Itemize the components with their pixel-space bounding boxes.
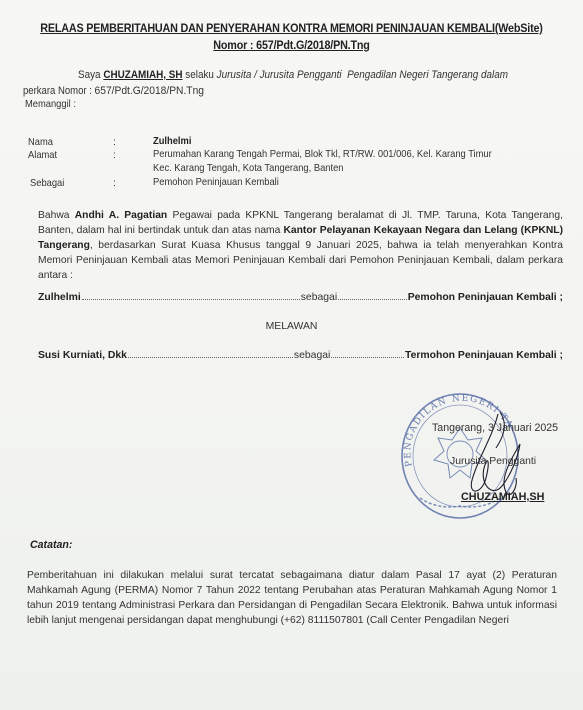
officer-name: CHUZAMIAH, SH [103, 69, 182, 81]
party-role: Termohon Peninjauan Kembali ; [405, 350, 563, 361]
note-text: Pemberitahuan ini dilakukan melalui sura… [27, 568, 557, 628]
perkara-label: perkara Nomor : [23, 85, 92, 97]
document-number: Nomor : 657/Pdt.G/2018/PN.Tng [20, 39, 562, 52]
signer-name: CHUZAMIAH,SH [461, 491, 544, 503]
intro-line: Saya CHUZAMIAH, SH selaku Jurusita / Jur… [78, 69, 508, 81]
party-row-pemohon: Zulhelmi sebagai Pemohon Peninjauan Kemb… [38, 292, 563, 303]
court-name: Pengadilan Negeri Tangerang dalam [347, 69, 508, 81]
memanggil-label: Memanggil : [25, 99, 76, 110]
label-alamat: Alamat [28, 150, 57, 161]
party-sebagai: sebagai [301, 292, 337, 303]
label-nama: Nama [28, 137, 53, 148]
intro-saya: Saya [78, 69, 101, 81]
colon-sebagai: : [113, 178, 116, 189]
body-text-3: , berdasarkan Surat Kuasa Khusus tanggal… [38, 240, 563, 281]
perkara-line: perkara Nomor : 657/Pdt.G/2018/PN.Tng [23, 85, 204, 97]
label-sebagai: Sebagai [30, 178, 64, 189]
dotted-leader [331, 357, 404, 358]
colon-nama: : [113, 137, 116, 148]
melawan-label: MELAWAN [0, 321, 583, 332]
value-alamat-2: Kec. Karang Tengah, Kota Tangerang, Bant… [153, 163, 343, 174]
value-alamat: Perumahan Karang Tengah Permai, Blok Tkl… [153, 149, 492, 160]
perkara-number: 657/Pdt.G/2018/PN.Tng [95, 85, 204, 97]
body-text-1: Bahwa [38, 210, 75, 221]
representative-name: Andhi A. Pagatian [75, 210, 167, 221]
party-sebagai: sebagai [294, 350, 330, 361]
dotted-leader [128, 357, 293, 358]
dotted-leader [82, 299, 300, 300]
dotted-leader [338, 299, 407, 300]
body-paragraph: Bahwa Andhi A. Pagatian Pegawai pada KPK… [38, 208, 563, 283]
party-name: Susi Kurniati, Dkk [38, 350, 127, 361]
value-nama: Zulhelmi [153, 136, 191, 147]
note-heading: Catatan: [30, 539, 72, 551]
value-sebagai: Pemohon Peninjauan Kembali [153, 177, 279, 188]
intro-selaku: selaku [185, 69, 214, 81]
party-role: Pemohon Peninjauan Kembali ; [408, 292, 563, 303]
document-title: RELAAS PEMBERITAHUAN DAN PENYERAHAN KONT… [20, 22, 562, 35]
officer-role: Jurusita / Jurusita Pengganti [217, 69, 342, 81]
party-row-termohon: Susi Kurniati, Dkk sebagai Termohon Peni… [38, 350, 563, 361]
party-name: Zulhelmi [38, 292, 81, 303]
colon-alamat: : [113, 150, 116, 161]
